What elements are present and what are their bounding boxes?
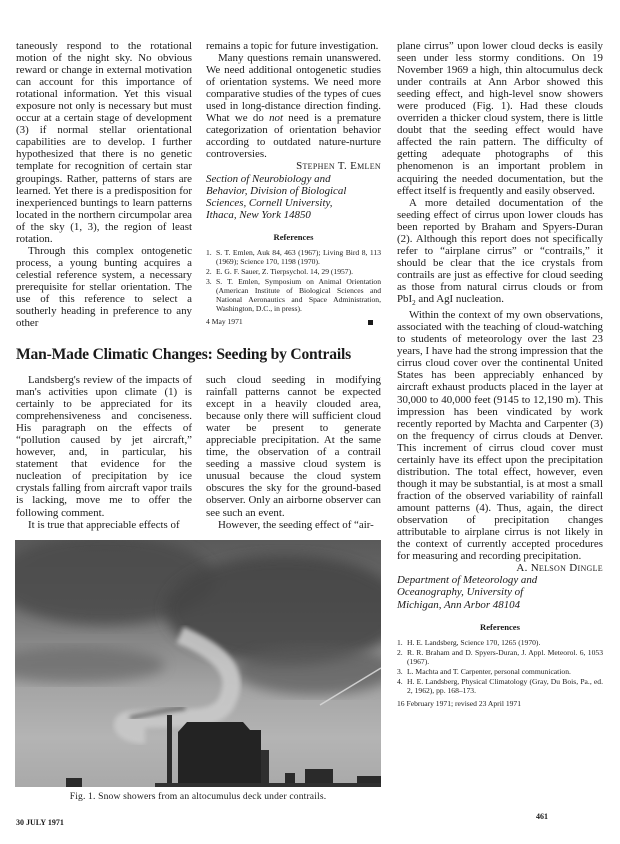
- reference-item: 2.R. R. Braham and D. Spyers-Duran, J. A…: [397, 648, 603, 666]
- reference-item: 2.E. G. F. Sauer, Z. Tierpsychol. 14, 29…: [206, 267, 381, 276]
- page-number: 461: [536, 812, 548, 821]
- paragraph: remains a topic for future investigation…: [206, 40, 381, 52]
- received-date: 4 May 1971: [206, 317, 381, 326]
- paragraph: taneously respond to the rotational moti…: [16, 40, 192, 245]
- received-date: 16 February 1971; revised 23 April 1971: [397, 699, 603, 708]
- paragraph: Through this complex ontogenetic process…: [16, 245, 192, 329]
- prev-article-col2: remains a topic for future investigation…: [206, 40, 381, 326]
- reference-item: 3.S. T. Emlen, Symposium on Animal Orien…: [206, 277, 381, 313]
- reference-item: 1.S. T. Emlen, Auk 84, 463 (1967); Livin…: [206, 248, 381, 266]
- references-heading: References: [397, 621, 603, 633]
- paragraph: However, the seeding effect of “air-: [206, 519, 381, 531]
- author-affiliation: Section of Neurobiology and Behavior, Di…: [206, 173, 381, 222]
- references-heading: References: [206, 231, 381, 243]
- article-col2: such cloud seeding in modifying rainfall…: [206, 374, 381, 531]
- reference-item: 4.H. E. Landsberg, Physical Climatology …: [397, 677, 603, 695]
- figure-caption: Fig. 1. Snow showers from an altocumulus…: [15, 791, 381, 802]
- author-signature: Stephen T. Emlen: [206, 160, 381, 172]
- reference-item: 3.L. Machta and T. Carpenter, personal c…: [397, 667, 603, 676]
- cloud-photo-illustration: [15, 540, 381, 787]
- article-title: Man-Made Climatic Changes: Seeding by Co…: [16, 346, 351, 364]
- paragraph: plane cirrus” upon lower cloud decks is …: [397, 40, 603, 197]
- issue-date: 30 JULY 1971: [16, 818, 64, 827]
- paragraph: Many questions remain unanswered. We nee…: [206, 52, 381, 160]
- article-col1: Landsberg's review of the impacts of man…: [16, 374, 192, 531]
- paragraph: Within the context of my own observation…: [397, 309, 603, 562]
- paragraph: A more detailed documentation of the see…: [397, 197, 603, 310]
- author-affiliation: Department of Meteorology and Oceanograp…: [397, 574, 603, 611]
- author-signature: A. Nelson Dingle: [397, 562, 603, 574]
- paragraph: such cloud seeding in modifying rainfall…: [206, 374, 381, 519]
- paragraph: Landsberg's review of the impacts of man…: [16, 374, 192, 519]
- article-col3: plane cirrus” upon lower cloud decks is …: [397, 40, 603, 708]
- end-of-article-mark-icon: [368, 320, 373, 325]
- figure-photo: [15, 540, 381, 787]
- paragraph: It is true that appreciable effects of: [16, 519, 192, 531]
- references-list: 1.H. E. Landsberg, Science 170, 1265 (19…: [397, 638, 603, 708]
- prev-article-col1: taneously respond to the rotational moti…: [16, 40, 192, 329]
- references-list: 1.S. T. Emlen, Auk 84, 463 (1967); Livin…: [206, 248, 381, 326]
- emphasis: not: [269, 112, 283, 124]
- reference-item: 1.H. E. Landsberg, Science 170, 1265 (19…: [397, 638, 603, 647]
